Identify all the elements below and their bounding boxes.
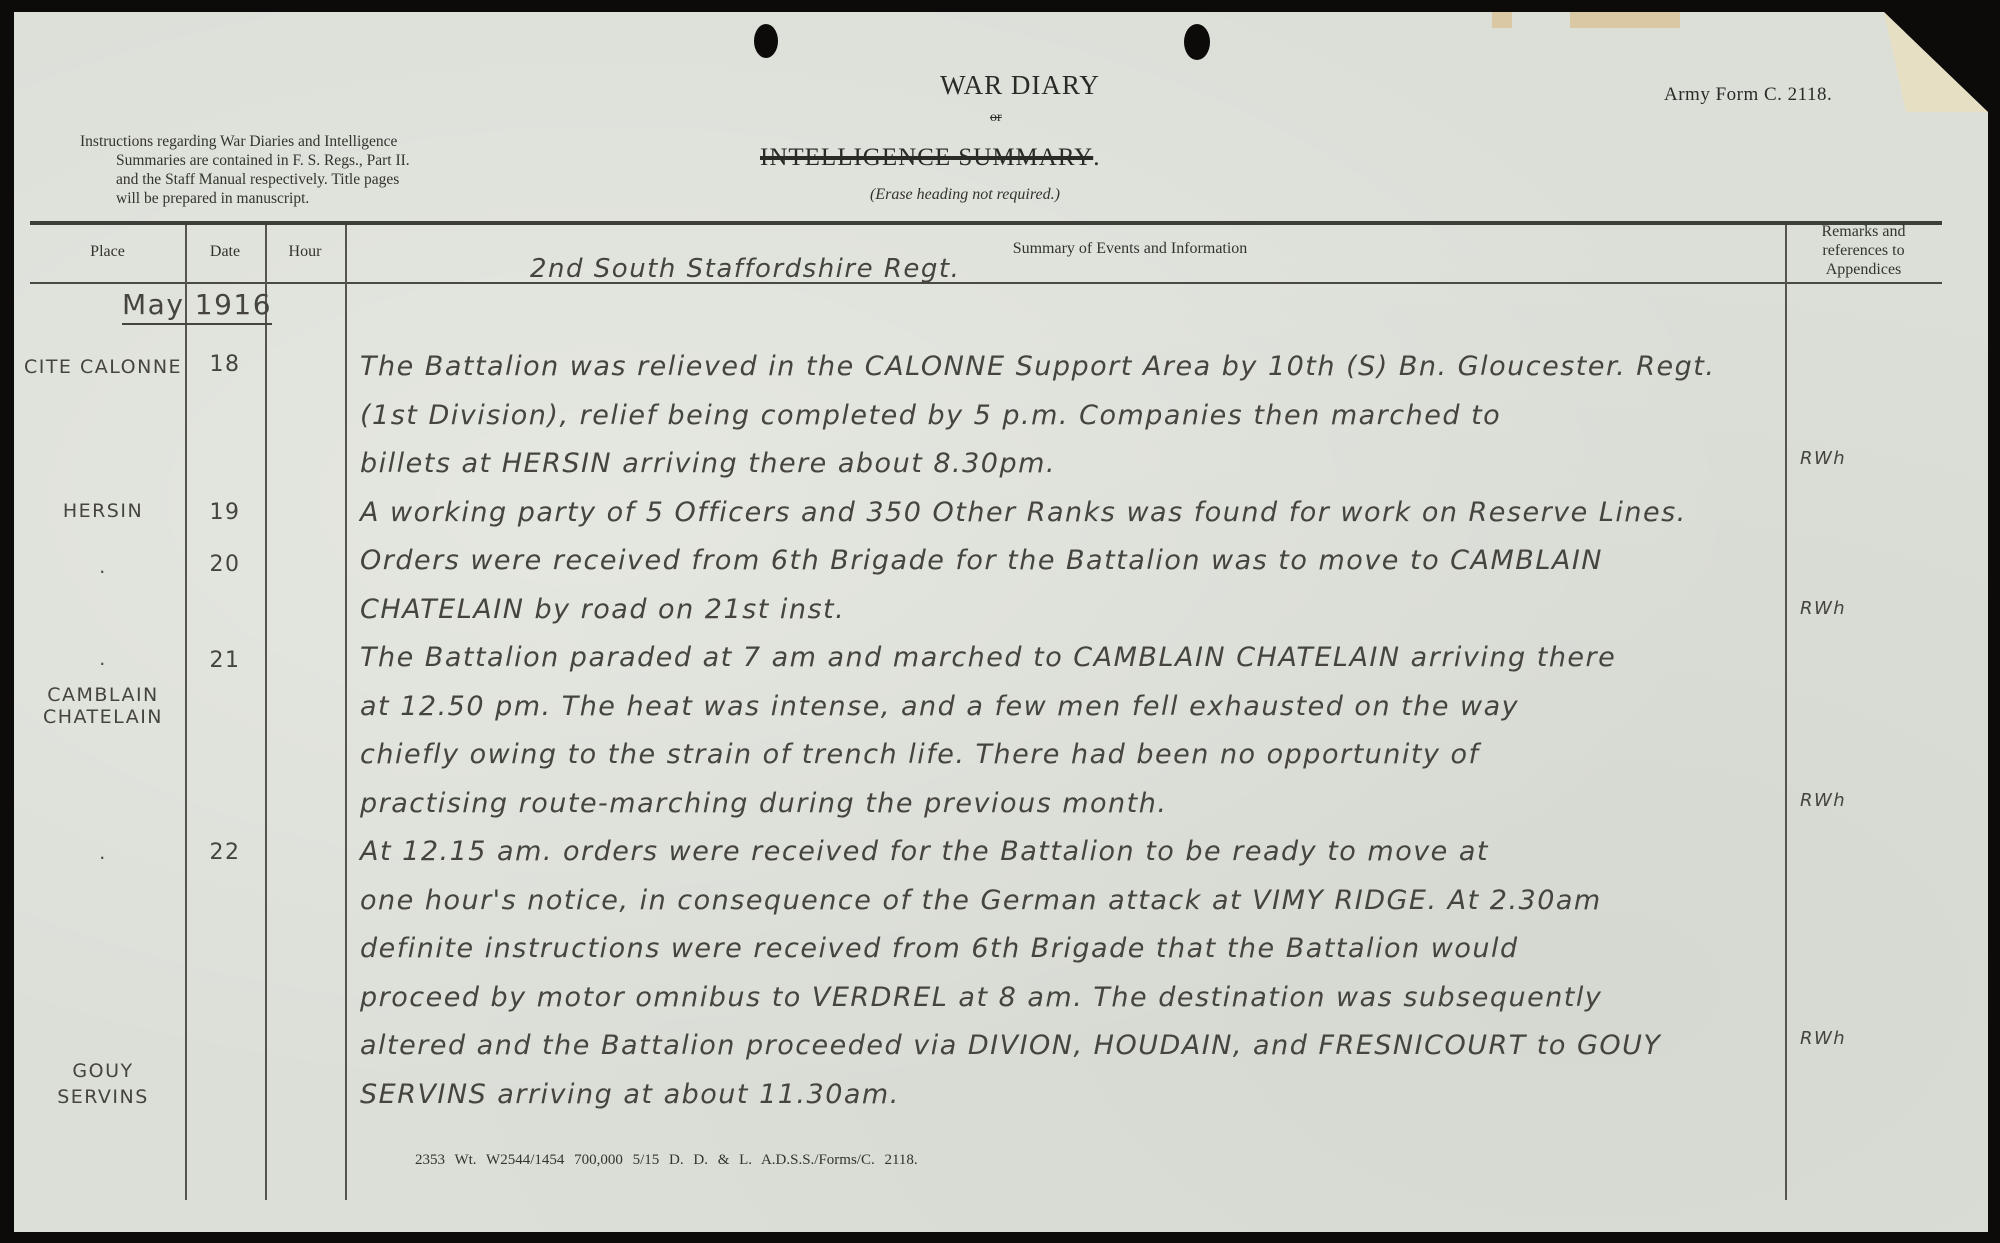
place-entry: CAMBLAIN [18, 684, 188, 706]
column-divider [1785, 225, 1787, 1200]
struck-or: or [990, 110, 1002, 126]
instructions-note: Instructions regarding War Diaries and I… [80, 132, 530, 208]
place-entry: CITE CALONNE [18, 356, 188, 378]
initials-mark: RWh [1800, 790, 1846, 811]
initials-mark: RWh [1800, 598, 1846, 619]
printer-imprint: 2353 Wt. W2544/1454 700,000 5/15 D. D. &… [415, 1152, 918, 1169]
summary-line: one hour's notice, in consequence of the… [360, 877, 1602, 925]
summary-line: practising route-marching during the pre… [360, 780, 1167, 828]
date-entry: 22 [205, 840, 245, 865]
column-header-remarks: Remarks and references to Appendices [1785, 222, 1942, 279]
place-entry: SERVINS [18, 1086, 188, 1108]
header-rule-top [30, 221, 1942, 225]
place-entry: HERSIN [18, 500, 188, 522]
summary-line: at 12.50 pm. The heat was intense, and a… [360, 683, 1519, 731]
struck-heading: INTELLIGENCE SUMMARY. [760, 144, 1100, 172]
column-header-date: Date [185, 243, 265, 261]
remarks-header-line: Appendices [1785, 260, 1942, 279]
folded-corner [1884, 12, 1988, 112]
summary-line: definite instructions were received from… [360, 925, 1519, 973]
column-divider [265, 225, 267, 1200]
summary-line: CHATELAIN by road on 21st inst. [360, 586, 845, 634]
punch-hole [1184, 24, 1210, 60]
place-entry: . [18, 556, 188, 578]
initials-mark: RWh [1800, 448, 1846, 469]
date-entry: 21 [205, 648, 245, 673]
header-rule-bottom [30, 282, 1942, 284]
struck-heading-suffix: . [1093, 144, 1100, 172]
summary-line: At 12.15 am. orders were received for th… [360, 828, 1489, 876]
place-entry: . [18, 842, 188, 864]
summary-line: SERVINS arriving at about 11.30am. [360, 1071, 900, 1119]
army-form-number: Army Form C. 2118. [1664, 84, 1832, 106]
instructions-line: and the Staff Manual respectively. Title… [80, 170, 530, 189]
month-heading: May 1916 [122, 288, 272, 325]
summary-line: proceed by motor omnibus to VERDREL at 8… [360, 974, 1602, 1022]
form-title: WAR DIARY [880, 70, 1160, 101]
column-header-place: Place [30, 243, 185, 261]
initials-mark: RWh [1800, 1028, 1846, 1049]
date-entry: 20 [205, 552, 245, 577]
summary-line: The Battalion was relieved in the CALONN… [360, 343, 1715, 391]
remarks-header-line: references to [1785, 241, 1942, 260]
place-entry: CHATELAIN [18, 706, 188, 728]
punch-hole [754, 24, 778, 58]
summary-line: The Battalion paraded at 7 am and marche… [360, 634, 1616, 682]
tape-mark [1492, 12, 1512, 28]
summary-line: Orders were received from 6th Brigade fo… [360, 537, 1603, 585]
unit-name: 2nd South Staffordshire Regt. [530, 254, 960, 284]
tape-mark [1570, 12, 1680, 28]
instructions-line: Summaries are contained in F. S. Regs., … [80, 151, 530, 170]
summary-line: billets at HERSIN arriving there about 8… [360, 440, 1056, 488]
erase-note: (Erase heading not required.) [870, 186, 1060, 204]
summary-line: chiefly owing to the strain of trench li… [360, 731, 1480, 779]
place-entry: . [18, 648, 188, 670]
instructions-line: Instructions regarding War Diaries and I… [80, 132, 530, 151]
instructions-line: will be prepared in manuscript. [80, 189, 530, 208]
column-divider [345, 225, 347, 1200]
summary-line: A working party of 5 Officers and 350 Ot… [360, 489, 1687, 537]
remarks-header-line: Remarks and [1785, 222, 1942, 241]
date-entry: 19 [205, 500, 245, 525]
date-entry: 18 [205, 352, 245, 377]
struck-heading-text: INTELLIGENCE SUMMARY [760, 144, 1093, 171]
column-header-hour: Hour [265, 243, 345, 261]
place-entry: GOUY [18, 1060, 188, 1082]
summary-line: (1st Division), relief being completed b… [360, 392, 1501, 440]
summary-line: altered and the Battalion proceeded via … [360, 1022, 1661, 1070]
